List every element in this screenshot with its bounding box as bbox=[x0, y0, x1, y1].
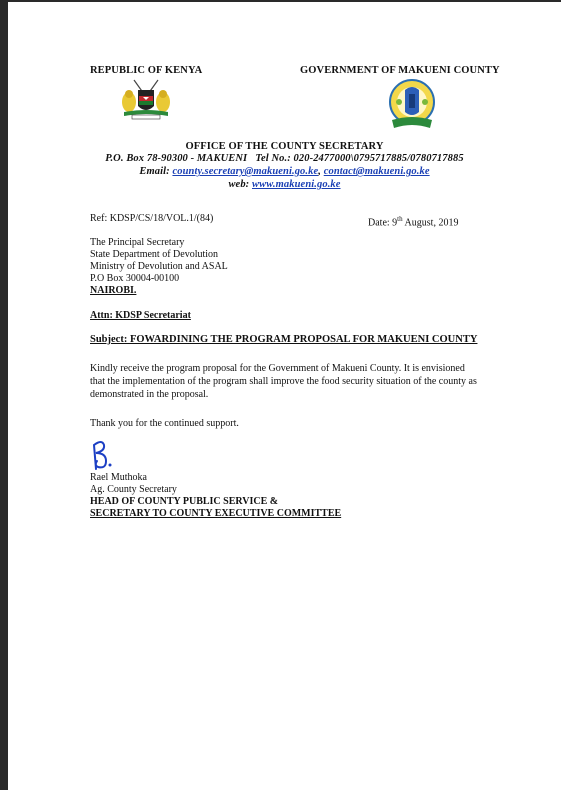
web-line: web: www.makueni.go.ke bbox=[8, 179, 561, 190]
recipient-block: The Principal Secretary State Department… bbox=[90, 237, 228, 297]
email-label: Email: bbox=[139, 166, 172, 177]
signatory-role: HEAD OF COUNTY PUBLIC SERVICE & bbox=[90, 496, 341, 508]
closing-line: Thank you for the continued support. bbox=[90, 418, 239, 430]
date-suffix: August, 2019 bbox=[403, 217, 459, 228]
signatory-name: Rael Muthoka bbox=[90, 472, 341, 484]
recipient-city: NAIROBI. bbox=[90, 285, 228, 297]
body-line: Kindly receive the program proposal for … bbox=[90, 362, 477, 375]
makueni-county-seal-icon bbox=[386, 78, 438, 134]
office-title: OFFICE OF THE COUNTY SECRETARY bbox=[8, 141, 561, 152]
recipient-line: State Department of Devolution bbox=[90, 249, 228, 261]
email-link-secretary[interactable]: county.secretary@makueni.go.ke bbox=[172, 166, 318, 177]
reference-number: Ref: KDSP/CS/18/VOL.1/(84) bbox=[90, 213, 213, 225]
subject-line: Subject: FOWARDINING THE PROGRAM PROPOSA… bbox=[90, 334, 477, 346]
republic-title: REPUBLIC OF KENYA bbox=[90, 65, 202, 76]
signatory-role: SECRETARY TO COUNTY EXECUTIVE COMMITTEE bbox=[90, 508, 341, 520]
body-line: demonstrated in the proposal. bbox=[90, 388, 477, 401]
attention-line: Attn: KDSP Secretariat bbox=[90, 310, 191, 322]
document-page: REPUBLIC OF KENYA GOVERNMENT OF MAKUENI … bbox=[8, 2, 561, 790]
county-title: GOVERNMENT OF MAKUENI COUNTY bbox=[300, 65, 500, 76]
recipient-line: Ministry of Devolution and ASAL bbox=[90, 261, 228, 273]
signatory-title: Ag. County Secretary bbox=[90, 484, 341, 496]
kenya-coat-of-arms-icon bbox=[118, 78, 174, 122]
letter-date: Date: 9th August, 2019 bbox=[368, 213, 458, 229]
web-link[interactable]: www.makueni.go.ke bbox=[252, 179, 341, 190]
web-label: web: bbox=[228, 179, 252, 190]
address-line: P.O. Box 78-90300 - MAKUENI Tel No.: 020… bbox=[8, 153, 561, 164]
signatory-block: Rael Muthoka Ag. County Secretary HEAD O… bbox=[90, 472, 341, 520]
recipient-line: P.O Box 30004-00100 bbox=[90, 273, 228, 285]
body-line: that the implementation of the program s… bbox=[90, 375, 477, 388]
email-link-contact[interactable]: contact@makueni.go.ke bbox=[324, 166, 430, 177]
recipient-line: The Principal Secretary bbox=[90, 237, 228, 249]
email-line: Email: county.secretary@makueni.go.ke, c… bbox=[8, 166, 561, 177]
body-paragraph: Kindly receive the program proposal for … bbox=[90, 362, 477, 401]
date-prefix: Date: 9 bbox=[368, 217, 397, 228]
handwritten-signature-icon bbox=[88, 439, 118, 473]
